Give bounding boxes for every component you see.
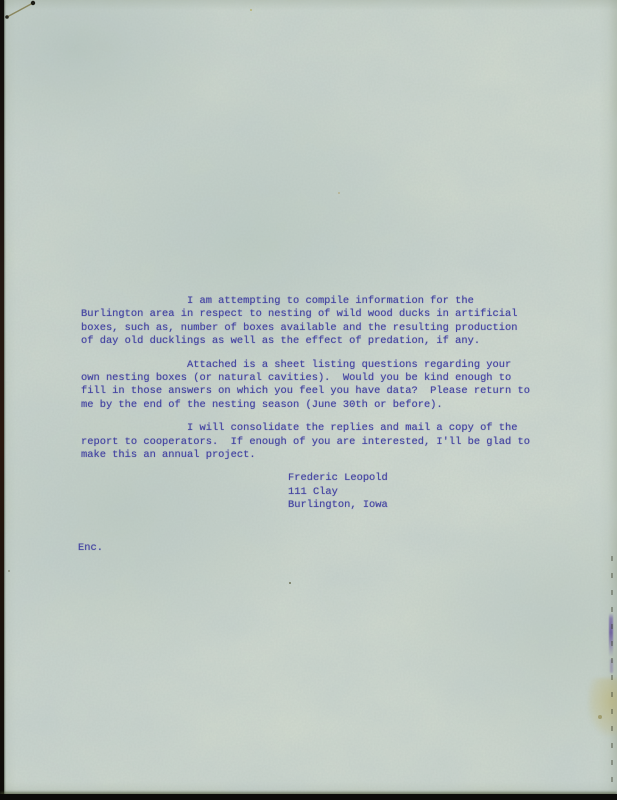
paper-specks xyxy=(289,582,291,584)
scanned-letter-page: I am attempting to compile information f… xyxy=(0,0,617,800)
enclosure-notation: Enc. xyxy=(78,542,103,555)
scan-left-edge xyxy=(0,0,4,800)
letter-paragraph-2: Attached is a sheet listing questions re… xyxy=(81,359,541,413)
signature-block: Frederic Leopold 111 Clay Burlington, Io… xyxy=(288,472,541,512)
right-edge-marks xyxy=(611,556,613,794)
scan-bottom-edge xyxy=(0,794,617,800)
letter-paragraph-3: I will consolidate the replies and mail … xyxy=(81,422,541,462)
letter-body: I am attempting to compile information f… xyxy=(81,295,541,513)
letter-paragraph-1: I am attempting to compile information f… xyxy=(81,295,541,349)
scratch-fiber xyxy=(0,0,60,40)
